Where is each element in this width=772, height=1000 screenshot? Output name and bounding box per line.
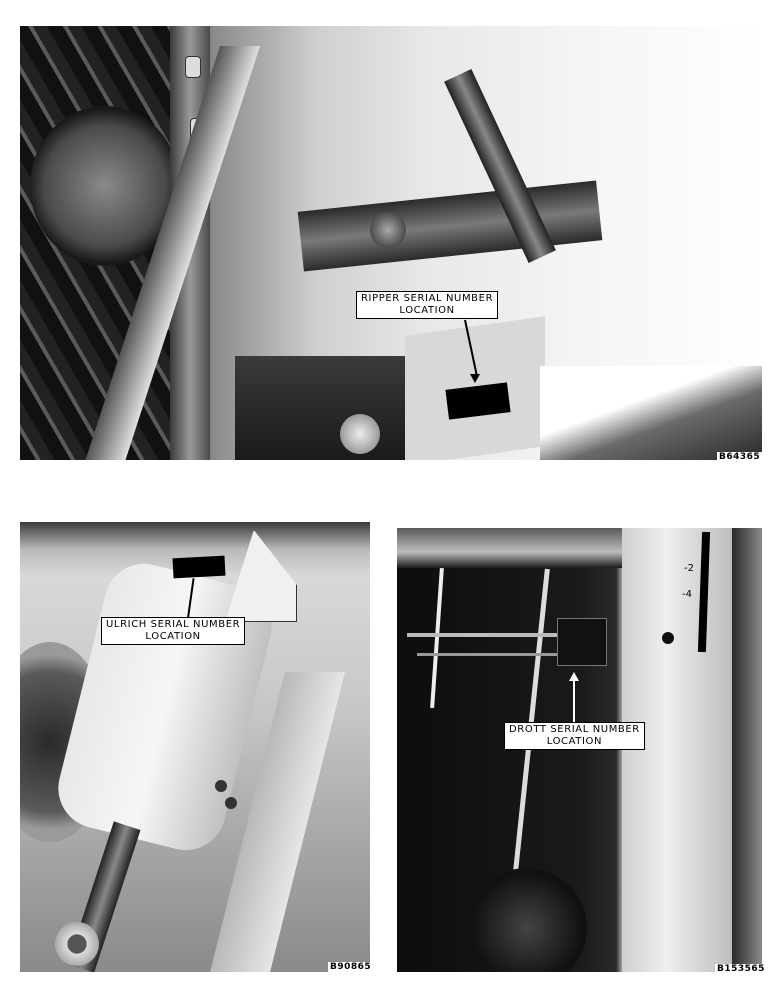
callout-arrowhead	[470, 374, 480, 383]
callout-arrow	[573, 680, 575, 722]
callout-line1: RIPPER SERIAL NUMBER	[361, 293, 493, 305]
lower-bracket	[235, 356, 415, 460]
figure-number: B153565	[715, 964, 767, 974]
serial-number-plate	[557, 618, 607, 666]
ulrich-photo	[20, 522, 370, 972]
right-edge	[732, 528, 762, 972]
bolt	[215, 780, 227, 792]
callout-line1: DROTT SERIAL NUMBER	[509, 724, 640, 736]
top-edge	[20, 522, 370, 550]
rod	[430, 568, 444, 708]
drott-photo	[397, 528, 762, 972]
drott-serial-callout: DROTT SERIAL NUMBER LOCATION	[504, 722, 645, 750]
linkage-arm	[298, 180, 603, 271]
ulrich-serial-callout: ULRICH SERIAL NUMBER LOCATION	[101, 617, 245, 645]
figure-number: B64365	[717, 452, 762, 462]
base-wheel	[467, 868, 587, 972]
pin	[370, 212, 406, 248]
pin	[340, 414, 380, 454]
hole	[662, 632, 674, 644]
serial-number-plate	[173, 556, 226, 579]
frame-wedge	[540, 366, 762, 460]
link-eye	[55, 922, 99, 966]
callout-line2: LOCATION	[509, 736, 640, 748]
figure-number: B90865	[328, 962, 373, 972]
drott-housing	[622, 528, 732, 972]
top-edge	[397, 528, 627, 568]
callout-arrowhead	[569, 672, 579, 681]
ripper-photo	[20, 26, 762, 460]
scale-mark: -2	[684, 563, 694, 574]
bolt	[225, 797, 237, 809]
callout-line2: LOCATION	[106, 631, 240, 643]
bolt	[185, 56, 201, 78]
scale-mark: -4	[682, 589, 692, 600]
callout-line1: ULRICH SERIAL NUMBER	[106, 619, 240, 631]
callout-line2: LOCATION	[361, 305, 493, 317]
ripper-serial-callout: RIPPER SERIAL NUMBER LOCATION	[356, 291, 498, 319]
